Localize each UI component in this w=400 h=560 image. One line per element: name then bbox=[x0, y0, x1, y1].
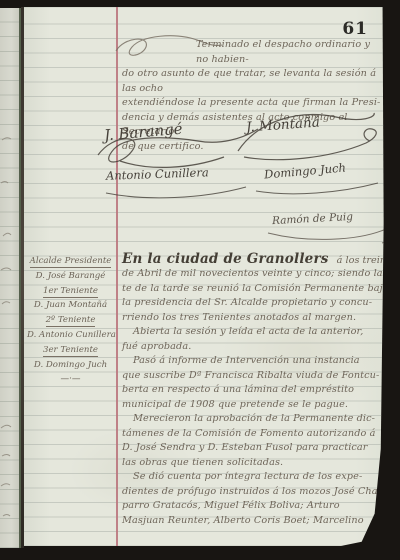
attendees-list: Alcalde Presidente D. José Barangé 1er T… bbox=[27, 254, 114, 387]
manuscript-line: las obras que tienen solicitadas. bbox=[122, 456, 384, 471]
session-entry: En la ciudad de Granollers á los treinta… bbox=[122, 249, 384, 528]
binding-shadow bbox=[21, 7, 24, 548]
attendee-name: D. José Barangé bbox=[27, 269, 114, 284]
manuscript-line: Se dió cuenta por íntegra lectura de los… bbox=[122, 470, 384, 485]
session-heading-line: En la ciudad de Granollers á los treinta bbox=[122, 249, 384, 266]
manuscript-line: que suscribe Dª Francisca Ribalta viuda … bbox=[122, 369, 384, 384]
attendee-name: D. Antonio Cunillera bbox=[27, 328, 114, 343]
session-heading-continuation: á los treinta bbox=[337, 255, 396, 266]
attendee-role: 2º Teniente bbox=[27, 313, 114, 328]
manuscript-line: dientes de prófugo instruidos á los mozo… bbox=[122, 485, 384, 500]
attendee-name: D. Juan Montañá bbox=[27, 298, 114, 313]
manuscript-line: te de la tarde se reunió la Comisión Per… bbox=[122, 282, 384, 297]
manuscript-line: rriendo los tres Tenientes anotados al m… bbox=[122, 311, 384, 326]
page-number: 61 bbox=[342, 19, 368, 39]
manuscript-line: D. José Sendra y D. Esteban Fusol para p… bbox=[122, 441, 384, 456]
manuscript-line: Merecieron la aprobación de la Permanent… bbox=[122, 412, 384, 427]
manuscript-line: támenes de la Comisión de Fomento autori… bbox=[122, 427, 384, 442]
manuscript-line: fué aprobada. bbox=[122, 340, 384, 355]
manuscript-line: de que certifico. bbox=[122, 140, 382, 155]
manuscript-line: Pasó á informe de Intervención una insta… bbox=[122, 354, 384, 369]
manuscript-line: Masjuan Reunter, Alberto Coris Boet; Mar… bbox=[122, 514, 384, 529]
prev-page-text-fragments bbox=[0, 8, 19, 548]
attendees-separator: —·— bbox=[27, 372, 114, 387]
attendee-role: Alcalde Presidente bbox=[27, 254, 114, 269]
manuscript-line: Terminado el despacho ordinario y no hab… bbox=[122, 38, 382, 67]
margin-rule-line bbox=[116, 7, 118, 546]
attendee-role: 3er Teniente bbox=[27, 343, 114, 358]
manuscript-line: municipal de 1908 que pretende se le pag… bbox=[122, 398, 384, 413]
attendee-name: D. Domingo Juch bbox=[27, 358, 114, 373]
manuscript-line: berta en respecto á una lámina del empré… bbox=[122, 383, 384, 398]
previous-page-edge bbox=[0, 8, 21, 548]
manuscript-line: de Abril de mil novecientos veinte y cin… bbox=[122, 267, 384, 282]
attendee-role: 1er Teniente bbox=[27, 284, 114, 299]
manuscript-line: Abierta la sesión y leída el acta de la … bbox=[122, 325, 384, 340]
manuscript-line: do otro asunto de que tratar, se levanta… bbox=[122, 67, 382, 96]
manuscript-line: la presidencia del Sr. Alcalde propietar… bbox=[122, 296, 384, 311]
manuscript-page: 61 Terminado el despacho ordinario y no … bbox=[24, 7, 384, 546]
session-heading: En la ciudad de Granollers bbox=[122, 251, 329, 267]
manuscript-line: parro Gratacós, Miguel Félix Boliva; Art… bbox=[122, 499, 384, 514]
scanned-minutes-page: 61 Terminado el despacho ordinario y no … bbox=[0, 0, 400, 560]
manuscript-line: extendiéndose la presente acta que firma… bbox=[122, 96, 382, 111]
